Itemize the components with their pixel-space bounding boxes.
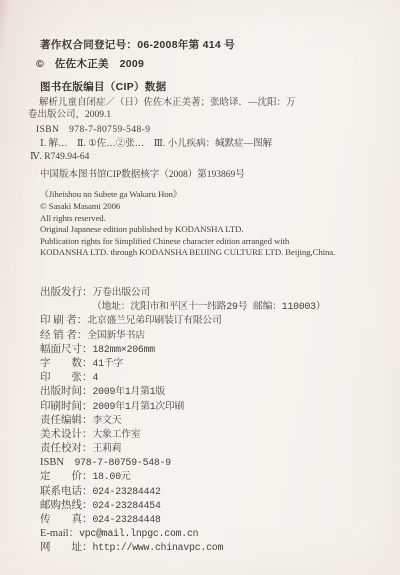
copyright-registration-line: 著作权合同登记号：06-2008年第 414 号 [40, 37, 235, 52]
info-value: 万卷出版公司 [93, 287, 151, 298]
info-row: 美术设计：大象工作室 [40, 426, 380, 440]
info-label: 传 真： [40, 514, 93, 525]
copyright-notice-line: © 佐佐木正美 2009 [36, 56, 144, 71]
info-row: 传 真：024-23284448 [40, 511, 380, 525]
info-row: 联系电话：024-23284442 [40, 483, 380, 497]
original-edition-line: © Sasaki Masami 2006 [40, 201, 385, 213]
publication-info: 出版发行：万卷出版公司（地址：沈阳市和平区十一纬路29号 邮编：110003）印… [40, 284, 380, 554]
cip-heading: 图书在版编目（CIP）数据 [40, 79, 166, 94]
info-label: 出版时间： [40, 386, 93, 397]
info-row: 出版发行：万卷出版公司 [40, 284, 380, 298]
info-label: 印 刷 者： [40, 315, 87, 326]
info-label: 经 销 者： [40, 330, 87, 341]
info-row: 出版时间：2009年1月第1版 [40, 383, 380, 397]
info-value: 2009年1月第1次印刷 [93, 401, 185, 412]
info-label: 美术设计： [40, 429, 93, 440]
info-row: 邮购热线：024-23284454 [40, 497, 380, 511]
cip-block: 解析儿童自闭症／（日）佐佐木正美著；张晗译．—沈阳：万 卷出版公司，2009.1… [28, 97, 368, 163]
info-row: 印刷时间：2009年1月第1次印刷 [40, 398, 380, 412]
info-label: 印刷时间： [40, 401, 93, 412]
cip-classification-line1: Ⅰ. 解… Ⅱ. ①佐…②张… Ⅲ. 小儿疾病：缄默症—图解 [28, 138, 368, 150]
info-value: 41千字 [93, 358, 124, 369]
info-label: 出版发行： [40, 287, 93, 298]
info-label: 字 数： [40, 358, 93, 369]
info-row: 字 数：41千字 [40, 355, 380, 369]
book-copyright-page: 著作权合同登记号：06-2008年第 414 号 © 佐佐木正美 2009 图书… [0, 0, 400, 575]
cip-entry-line1: 解析儿童自闭症／（日）佐佐木正美著；张晗译．—沈阳：万 [28, 97, 368, 109]
original-edition-line: Original Japanese edition published by K… [40, 224, 385, 236]
info-row: E-mail：vpc@mail.lnpgc.com.cn [40, 525, 380, 539]
info-row: （地址：沈阳市和平区十一纬路29号 邮编：110003） [40, 298, 380, 312]
original-title-line: 《Jiheishou no Subete ga Wakaru Hon》 [40, 189, 385, 201]
info-value: 024-23284442 [93, 486, 161, 497]
cip-classification-line2: Ⅳ. R749.94-64 [28, 151, 368, 163]
cip-record-line: 中国版本图书馆CIP数据核字（2008）第193869号 [40, 166, 245, 180]
info-label: E-mail： [40, 528, 79, 539]
info-row: 印 刷 者：北京盛兰兄弟印刷装订有限公司 [40, 312, 380, 326]
info-value: 024-23284454 [93, 500, 161, 511]
cip-isbn-line: ISBN 978-7-80759-548-9 [28, 124, 368, 136]
info-value: 182mm×206mm [93, 344, 155, 355]
info-label: 印 张： [40, 372, 93, 383]
info-value: 2009年1月第1版 [93, 386, 165, 397]
original-edition-line: All rights reserved. [40, 213, 385, 225]
info-value: 王莉莉 [93, 443, 122, 454]
info-value: 4 [93, 372, 99, 383]
original-edition-line: KODANSHA LTD. through KODANSHA BEIJING C… [40, 247, 385, 259]
info-label: 定 价： [40, 471, 93, 482]
info-value: vpc@mail.lnpgc.com.cn [79, 528, 198, 539]
info-value: 北京盛兰兄弟印刷装订有限公司 [87, 315, 221, 326]
info-row: 印 张：4 [40, 369, 380, 383]
info-label: 邮购热线： [40, 500, 93, 511]
info-row: 网 址：http://www.chinavpc.com [40, 539, 380, 553]
info-row: 责任编辑：李文天 [40, 412, 380, 426]
original-edition-block: 《Jiheishou no Subete ga Wakaru Hon》 © Sa… [40, 189, 385, 259]
original-edition-line: Publication rights for Simplified Chines… [40, 236, 385, 248]
info-row: 责任校对：王莉莉 [40, 440, 380, 454]
info-value: 李文天 [93, 415, 122, 426]
info-label: 网 址： [40, 542, 93, 553]
info-value: （地址：沈阳市和平区十一纬路29号 邮编：110003） [92, 301, 325, 312]
cip-entry-line2: 卷出版公司，2009.1 [28, 109, 368, 121]
info-row: 经 销 者：全国新华书店 [40, 327, 380, 341]
info-row: 幅面尺寸：182mm×206mm [40, 341, 380, 355]
info-value: 全国新华书店 [87, 330, 145, 341]
info-value: 18.00元 [93, 471, 131, 482]
info-value: 024-23284448 [93, 514, 161, 525]
info-label: 幅面尺寸： [40, 344, 93, 355]
info-value: 大象工作室 [93, 429, 141, 440]
info-row: 定 价：18.00元 [40, 468, 380, 482]
info-value: 978-7-80759-548-9 [74, 457, 171, 468]
info-label: ISBN [40, 457, 74, 468]
info-row: ISBN 978-7-80759-548-9 [40, 454, 380, 468]
info-label: 责任校对： [40, 443, 93, 454]
info-label: 联系电话： [40, 486, 93, 497]
info-value: http://www.chinavpc.com [93, 542, 224, 553]
info-label: 责任编辑： [40, 415, 93, 426]
original-edition-lines: © Sasaki Masami 2006All rights reserved.… [40, 201, 385, 259]
